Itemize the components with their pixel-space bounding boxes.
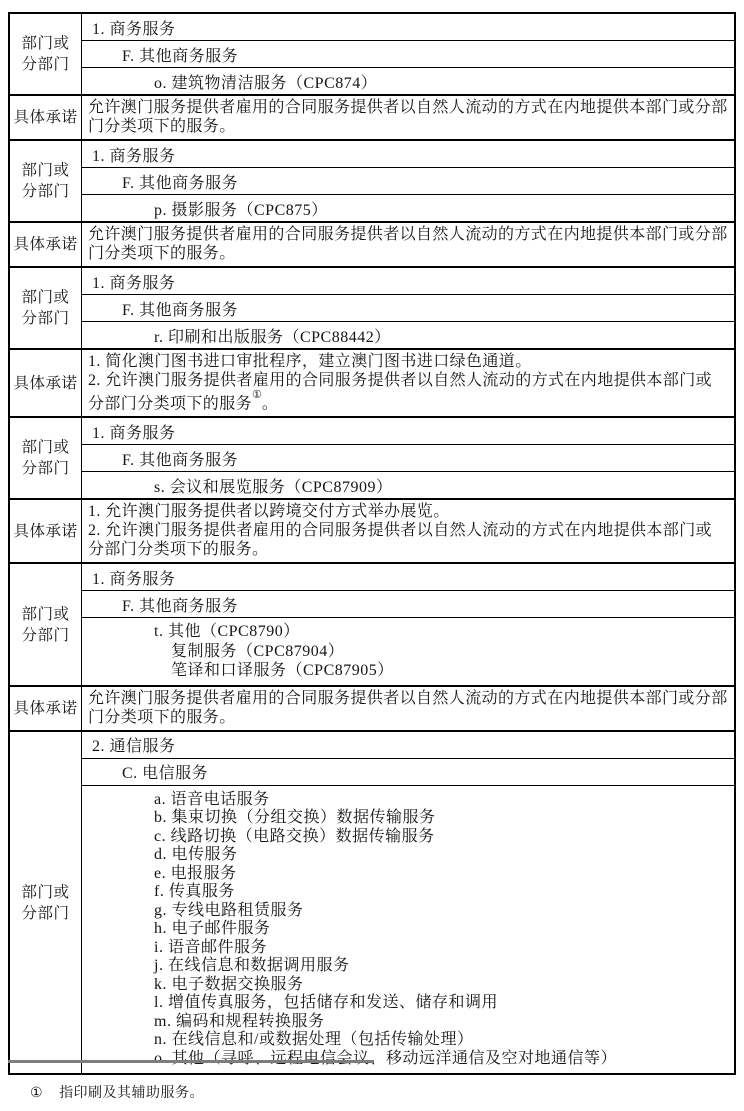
sector-label: 部门或 分部门	[10, 141, 82, 221]
sector-row: 2. 通信服务	[82, 732, 734, 758]
list-item: h. 电子邮件服务	[154, 920, 734, 939]
sector-rows: 1. 商务服务 F. 其他商务服务 s. 会议和展览服务（CPC87909）	[82, 418, 734, 498]
sector-label-line2: 分部门	[21, 54, 69, 75]
commitment-text: 1. 允许澳门服务提供者以跨境交付方式举办展览。 2. 允许澳门服务提供者雇用的…	[82, 500, 734, 562]
sector-row: p. 摄影服务（CPC875）	[82, 194, 734, 221]
sector-label-line2: 分部门	[21, 308, 69, 329]
block-convention-exhibition: 部门或 分部门 1. 商务服务 F. 其他商务服务 s. 会议和展览服务（CPC…	[10, 416, 734, 562]
sector-label-line2: 分部门	[21, 458, 69, 479]
sector-rows: 1. 商务服务 F. 其他商务服务 o. 建筑物清洁服务（CPC874）	[82, 14, 734, 94]
list-item: n. 在线信息和/或数据处理（包括传输处理）	[154, 1031, 734, 1050]
sector-row: t. 其他（CPC8790） 复制服务（CPC87904） 笔译和口译服务（CP…	[82, 617, 734, 685]
sector-label-line1: 部门或	[21, 160, 69, 181]
footnote-marker: ①	[30, 1086, 43, 1101]
commitment-label: 具体承诺	[10, 500, 82, 562]
sector-label: 部门或 分部门	[10, 564, 82, 685]
footnote-divider	[8, 1060, 374, 1063]
list-item: a. 语音电话服务	[154, 791, 734, 810]
sector-label: 部门或 分部门	[10, 732, 82, 1074]
sector-section: 部门或 分部门 1. 商务服务 F. 其他商务服务 s. 会议和展览服务（CPC…	[10, 418, 734, 498]
sector-label-line1: 部门或	[21, 604, 69, 625]
sector-row: F. 其他商务服务	[82, 40, 734, 67]
sector-row: F. 其他商务服务	[82, 590, 734, 617]
list-item: i. 语音邮件服务	[154, 939, 734, 958]
sector-row-line: t. 其他（CPC8790）	[154, 622, 734, 642]
commitments-table: 部门或 分部门 1. 商务服务 F. 其他商务服务 o. 建筑物清洁服务（CPC…	[8, 12, 736, 1075]
sector-section: 部门或 分部门 1. 商务服务 F. 其他商务服务 p. 摄影服务（CPC875…	[10, 141, 734, 221]
commitment-line: 2. 允许澳门服务提供者雇用的合同服务提供者以自然人流动的方式在内地提供本部门或…	[88, 521, 728, 559]
list-item: l. 增值传真服务，包括储存和发送、储存和调用	[154, 994, 734, 1013]
commitment-section: 具体承诺 允许澳门服务提供者雇用的合同服务提供者以自然人流动的方式在内地提供本部…	[10, 221, 734, 266]
sector-section: 部门或 分部门 1. 商务服务 F. 其他商务服务 r. 印刷和出版服务（CPC…	[10, 268, 734, 348]
block-photography: 部门或 分部门 1. 商务服务 F. 其他商务服务 p. 摄影服务（CPC875…	[10, 139, 734, 266]
sector-label: 部门或 分部门	[10, 268, 82, 348]
sector-row: 1. 商务服务	[82, 14, 734, 40]
sector-row: 1. 商务服务	[82, 418, 734, 444]
sector-row: F. 其他商务服务	[82, 294, 734, 321]
list-item: b. 集束切换（分组交换）数据传输服务	[154, 809, 734, 828]
telecom-service-list: a. 语音电话服务 b. 集束切换（分组交换）数据传输服务 c. 线路切换（电路…	[82, 785, 734, 1074]
footnote: ①指印刷及其辅助服务。	[30, 1082, 204, 1102]
list-item: d. 电传服务	[154, 846, 734, 865]
sector-rows: 2. 通信服务 C. 电信服务 a. 语音电话服务 b. 集束切换（分组交换）数…	[82, 732, 734, 1074]
list-item: f. 传真服务	[154, 883, 734, 902]
commitment-section: 具体承诺 1. 允许澳门服务提供者以跨境交付方式举办展览。 2. 允许澳门服务提…	[10, 498, 734, 562]
commitment-line: 2. 允许澳门服务提供者雇用的合同服务提供者以自然人流动的方式在内地提供本部门或…	[88, 371, 728, 413]
footnote-text: 指印刷及其辅助服务。	[59, 1086, 204, 1101]
block-printing-publishing: 部门或 分部门 1. 商务服务 F. 其他商务服务 r. 印刷和出版服务（CPC…	[10, 266, 734, 416]
sector-row: F. 其他商务服务	[82, 167, 734, 194]
sector-label-line2: 分部门	[21, 625, 69, 646]
footnote-ref: ①	[252, 389, 262, 401]
sector-row: 1. 商务服务	[82, 268, 734, 294]
block-other-business: 部门或 分部门 1. 商务服务 F. 其他商务服务 t. 其他（CPC8790）…	[10, 562, 734, 730]
commitment-label: 具体承诺	[10, 687, 82, 730]
document-page: 部门或 分部门 1. 商务服务 F. 其他商务服务 o. 建筑物清洁服务（CPC…	[0, 0, 744, 1111]
sector-label: 部门或 分部门	[10, 418, 82, 498]
commitment-section: 具体承诺 允许澳门服务提供者雇用的合同服务提供者以自然人流动的方式在内地提供本部…	[10, 685, 734, 730]
list-item: c. 线路切换（电路交换）数据传输服务	[154, 828, 734, 847]
commitment-line: 1. 简化澳门图书进口审批程序，建立澳门图书进口绿色通道。	[88, 352, 728, 371]
sector-label-line1: 部门或	[21, 287, 69, 308]
sector-section: 部门或 分部门 2. 通信服务 C. 电信服务 a. 语音电话服务 b. 集束切…	[10, 732, 734, 1074]
sector-section: 部门或 分部门 1. 商务服务 F. 其他商务服务 o. 建筑物清洁服务（CPC…	[10, 14, 734, 94]
sector-row: r. 印刷和出版服务（CPC88442）	[82, 321, 734, 348]
sector-row-line: 笔译和口译服务（CPC87905）	[154, 661, 734, 681]
commitment-section: 具体承诺 1. 简化澳门图书进口审批程序，建立澳门图书进口绿色通道。 2. 允许…	[10, 348, 734, 416]
commitment-line: 1. 允许澳门服务提供者以跨境交付方式举办展览。	[88, 502, 728, 521]
sector-label-line1: 部门或	[21, 33, 69, 54]
commitment-line: 允许澳门服务提供者雇用的合同服务提供者以自然人流动的方式在内地提供本部门或分部门…	[88, 225, 728, 263]
list-item: j. 在线信息和数据调用服务	[154, 957, 734, 976]
commitment-section: 具体承诺 允许澳门服务提供者雇用的合同服务提供者以自然人流动的方式在内地提供本部…	[10, 94, 734, 139]
sector-label-line2: 分部门	[21, 903, 69, 924]
list-item: k. 电子数据交换服务	[154, 976, 734, 995]
block-telecommunications: 部门或 分部门 2. 通信服务 C. 电信服务 a. 语音电话服务 b. 集束切…	[10, 730, 734, 1074]
sector-row: C. 电信服务	[82, 758, 734, 785]
sector-row: F. 其他商务服务	[82, 444, 734, 471]
block-building-cleaning: 部门或 分部门 1. 商务服务 F. 其他商务服务 o. 建筑物清洁服务（CPC…	[10, 14, 734, 139]
commitment-text: 1. 简化澳门图书进口审批程序，建立澳门图书进口绿色通道。 2. 允许澳门服务提…	[82, 350, 734, 416]
commitment-label: 具体承诺	[10, 350, 82, 416]
sector-label-line1: 部门或	[21, 437, 69, 458]
commitment-line: 允许澳门服务提供者雇用的合同服务提供者以自然人流动的方式在内地提供本部门或分部门…	[88, 689, 728, 727]
sector-row: 1. 商务服务	[82, 141, 734, 167]
sector-row-line: 复制服务（CPC87904）	[154, 642, 734, 662]
list-item: g. 专线电路租赁服务	[154, 902, 734, 921]
sector-label-line2: 分部门	[21, 181, 69, 202]
list-item: m. 编码和规程转换服务	[154, 1013, 734, 1032]
sector-rows: 1. 商务服务 F. 其他商务服务 r. 印刷和出版服务（CPC88442）	[82, 268, 734, 348]
sector-label-line1: 部门或	[21, 882, 69, 903]
sector-label: 部门或 分部门	[10, 14, 82, 94]
commitment-text: 允许澳门服务提供者雇用的合同服务提供者以自然人流动的方式在内地提供本部门或分部门…	[82, 223, 734, 266]
commitment-text: 允许澳门服务提供者雇用的合同服务提供者以自然人流动的方式在内地提供本部门或分部门…	[82, 687, 734, 730]
list-item: e. 电报服务	[154, 865, 734, 884]
sector-rows: 1. 商务服务 F. 其他商务服务 t. 其他（CPC8790） 复制服务（CP…	[82, 564, 734, 685]
sector-row: 1. 商务服务	[82, 564, 734, 590]
sector-row: o. 建筑物清洁服务（CPC874）	[82, 67, 734, 94]
sector-rows: 1. 商务服务 F. 其他商务服务 p. 摄影服务（CPC875）	[82, 141, 734, 221]
commitment-text: 允许澳门服务提供者雇用的合同服务提供者以自然人流动的方式在内地提供本部门或分部门…	[82, 96, 734, 139]
commitment-label: 具体承诺	[10, 96, 82, 139]
commitment-label: 具体承诺	[10, 223, 82, 266]
sector-section: 部门或 分部门 1. 商务服务 F. 其他商务服务 t. 其他（CPC8790）…	[10, 564, 734, 685]
sector-row: s. 会议和展览服务（CPC87909）	[82, 471, 734, 498]
commitment-line: 允许澳门服务提供者雇用的合同服务提供者以自然人流动的方式在内地提供本部门或分部门…	[88, 98, 728, 136]
